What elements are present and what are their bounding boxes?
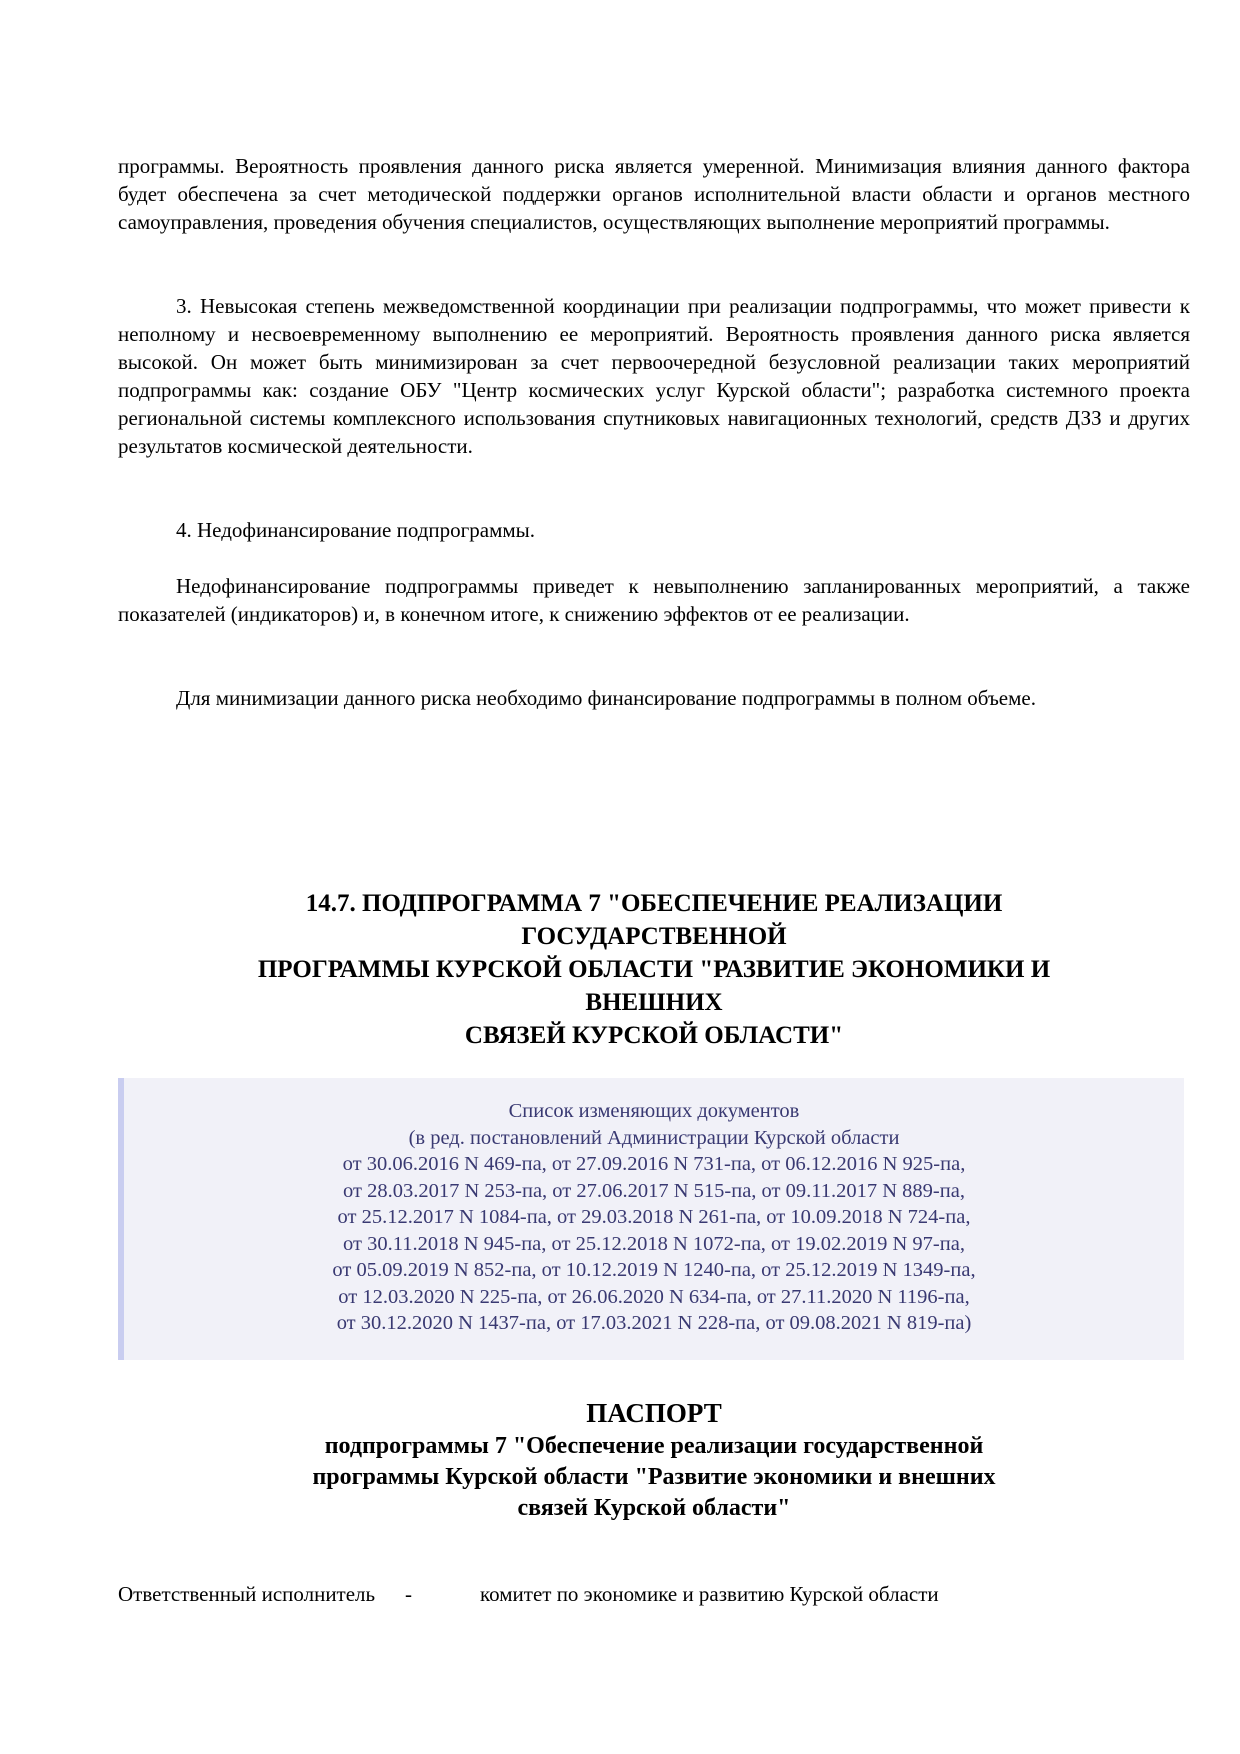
heading-line: ПРОГРАММЫ КУРСКОЙ ОБЛАСТИ "РАЗВИТИЕ ЭКОН… xyxy=(118,953,1190,986)
responsible-separator: - xyxy=(405,1580,480,1608)
change-list-line: от 28.03.2017 N 253-па, от 27.06.2017 N … xyxy=(124,1178,1184,1205)
change-list-title: Список изменяющих документов xyxy=(124,1098,1184,1125)
responsible-label: Ответственный исполнитель xyxy=(118,1580,405,1608)
change-list-line: (в ред. постановлений Администрации Курс… xyxy=(124,1125,1184,1152)
responsible-value: комитет по экономике и развитию Курской … xyxy=(480,1582,939,1606)
change-list-line: от 30.11.2018 N 945-па, от 25.12.2018 N … xyxy=(124,1231,1184,1258)
passport-subtitle-line: подпрограммы 7 "Обеспечение реализации г… xyxy=(118,1431,1190,1462)
heading-line: 14.7. ПОДПРОГРАММА 7 "ОБЕСПЕЧЕНИЕ РЕАЛИЗ… xyxy=(118,887,1190,920)
responsible-executor-row: Ответственный исполнитель-комитет по эко… xyxy=(118,1580,939,1608)
paragraph-risk3: 3. Невысокая степень межведомственной ко… xyxy=(118,292,1190,460)
heading-line: ГОСУДАРСТВЕННОЙ xyxy=(118,920,1190,953)
change-documents-box: Список изменяющих документов (в ред. пос… xyxy=(118,1078,1184,1360)
change-list-line: от 05.09.2019 N 852-па, от 10.12.2019 N … xyxy=(124,1257,1184,1284)
passport-subtitle-line: связей Курской области" xyxy=(118,1493,1190,1524)
passport-title: ПАСПОРТ xyxy=(118,1395,1190,1431)
change-list-line: от 30.12.2020 N 1437-па, от 17.03.2021 N… xyxy=(124,1310,1184,1337)
passport-subtitle-line: программы Курской области "Развитие экон… xyxy=(118,1462,1190,1493)
heading-line: СВЯЗЕЙ КУРСКОЙ ОБЛАСТИ" xyxy=(118,1019,1190,1052)
paragraph-risk2-tail: программы. Вероятность проявления данног… xyxy=(118,152,1190,236)
passport-heading: ПАСПОРТ подпрограммы 7 "Обеспечение реал… xyxy=(118,1395,1190,1524)
paragraph-risk4-title: 4. Недофинансирование подпрограммы. xyxy=(118,516,535,544)
paragraph-risk4-mitigation: Для минимизации данного риска необходимо… xyxy=(118,684,1036,712)
paragraph-risk4-body: Недофинансирование подпрограммы приведет… xyxy=(118,572,1190,628)
section-heading: 14.7. ПОДПРОГРАММА 7 "ОБЕСПЕЧЕНИЕ РЕАЛИЗ… xyxy=(118,887,1190,1052)
heading-line: ВНЕШНИХ xyxy=(118,986,1190,1019)
change-list-line: от 25.12.2017 N 1084-па, от 29.03.2018 N… xyxy=(124,1204,1184,1231)
change-list-line: от 30.06.2016 N 469-па, от 27.09.2016 N … xyxy=(124,1151,1184,1178)
change-list-line: от 12.03.2020 N 225-па, от 26.06.2020 N … xyxy=(124,1284,1184,1311)
